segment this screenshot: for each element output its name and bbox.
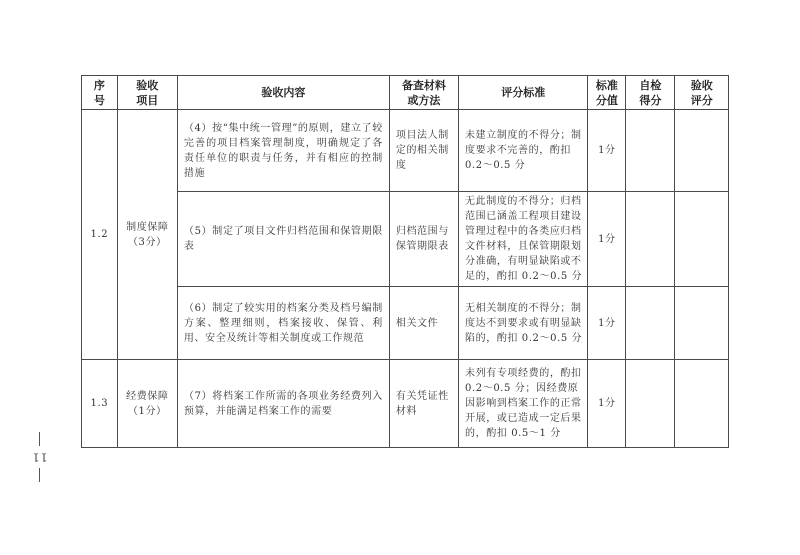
- group-index: 1.2: [82, 227, 117, 242]
- acceptance-score-cell[interactable]: [675, 360, 729, 448]
- header-item: 验收 项目: [117, 76, 177, 110]
- acceptance-score-cell[interactable]: [675, 287, 729, 360]
- group-item-cell: 经费保障 （1分）: [117, 360, 177, 448]
- page-number-value: 11: [31, 451, 47, 464]
- header-index: 序 号: [82, 76, 118, 110]
- criteria-cell: 未列有专项经费的，酌扣 0.2～0.5 分；因经费原因影响到档案工作的正常开展，…: [459, 360, 588, 448]
- page-number-dash-top: [39, 432, 40, 446]
- table-row: 1.2 制度保障 （3分） （4）按“集中统一管理”的原则，建立了较完善的项目档…: [82, 110, 729, 192]
- group-item-cell: 制度保障 （3分）: [117, 110, 177, 360]
- header-content: 验收内容: [177, 76, 389, 110]
- table-row: （6）制定了较实用的档案分类及档号编制方案、整理细则，档案接收、保管、利用、安全…: [82, 287, 729, 360]
- standard-score-cell: 1分: [588, 192, 626, 287]
- table-header-row: 序 号 验收 项目 验收内容 备查材料 或方法 评分标准 标准 分值 自: [82, 76, 729, 110]
- header-criteria: 评分标准: [459, 76, 588, 110]
- group-item-score: （1分）: [118, 404, 177, 419]
- header-standard-score: 标准 分值: [588, 76, 626, 110]
- self-score-cell[interactable]: [626, 192, 675, 287]
- criteria-cell: 未建立制度的不得分；制度要求不完善的，酌扣 0.2～0.5 分: [459, 110, 588, 192]
- group-index-cell: 1.2: [82, 110, 118, 360]
- table-row: 1.3 经费保障 （1分） （7）将档案工作所需的各项业务经费列入预算，并能满足…: [82, 360, 729, 448]
- method-cell: 有关凭证性材料: [389, 360, 458, 448]
- group-item-score: （3分）: [118, 235, 177, 250]
- criteria-cell: 无相关制度的不得分；制度达不到要求或有明显缺陷的，酌扣 0.2～0.5 分: [459, 287, 588, 360]
- page-number-dash-bottom: [39, 468, 40, 482]
- method-cell: 归档范围与保管期限表: [389, 192, 458, 287]
- criteria-cell: 无此制度的不得分；归档范围已涵盖工程项目建设管理过程中的各类应归档文件材料，且保…: [459, 192, 588, 287]
- group-item-name: 制度保障: [118, 220, 177, 235]
- standard-score-cell: 1分: [588, 110, 626, 192]
- group-item-name: 经费保障: [118, 389, 177, 404]
- method-cell: 项目法人制定的相关制度: [389, 110, 458, 192]
- page-number: 11: [32, 432, 46, 482]
- standard-score-cell: 1分: [588, 360, 626, 448]
- content-cell: （5）制定了项目文件归档范围和保管期限表: [177, 192, 389, 287]
- content-cell: （7）将档案工作所需的各项业务经费列入预算，并能满足档案工作的需要: [177, 360, 389, 448]
- standard-score-cell: 1分: [588, 287, 626, 360]
- method-cell: 相关文件: [389, 287, 458, 360]
- header-self-score: 自检 得分: [626, 76, 675, 110]
- self-score-cell[interactable]: [626, 110, 675, 192]
- header-acceptance-score: 验收 评分: [675, 76, 729, 110]
- content-cell: （6）制定了较实用的档案分类及档号编制方案、整理细则，档案接收、保管、利用、安全…: [177, 287, 389, 360]
- acceptance-table: 序 号 验收 项目 验收内容 备查材料 或方法 评分标准 标准 分值 自: [81, 75, 729, 448]
- acceptance-score-cell[interactable]: [675, 192, 729, 287]
- header-method: 备查材料 或方法: [389, 76, 458, 110]
- acceptance-score-cell[interactable]: [675, 110, 729, 192]
- group-index-cell: 1.3: [82, 360, 118, 448]
- self-score-cell[interactable]: [626, 360, 675, 448]
- group-index: 1.3: [82, 396, 117, 411]
- content-cell: （4）按“集中统一管理”的原则，建立了较完善的项目档案管理制度，明确规定了各责任…: [177, 110, 389, 192]
- self-score-cell[interactable]: [626, 287, 675, 360]
- table-row: （5）制定了项目文件归档范围和保管期限表 归档范围与保管期限表 无此制度的不得分…: [82, 192, 729, 287]
